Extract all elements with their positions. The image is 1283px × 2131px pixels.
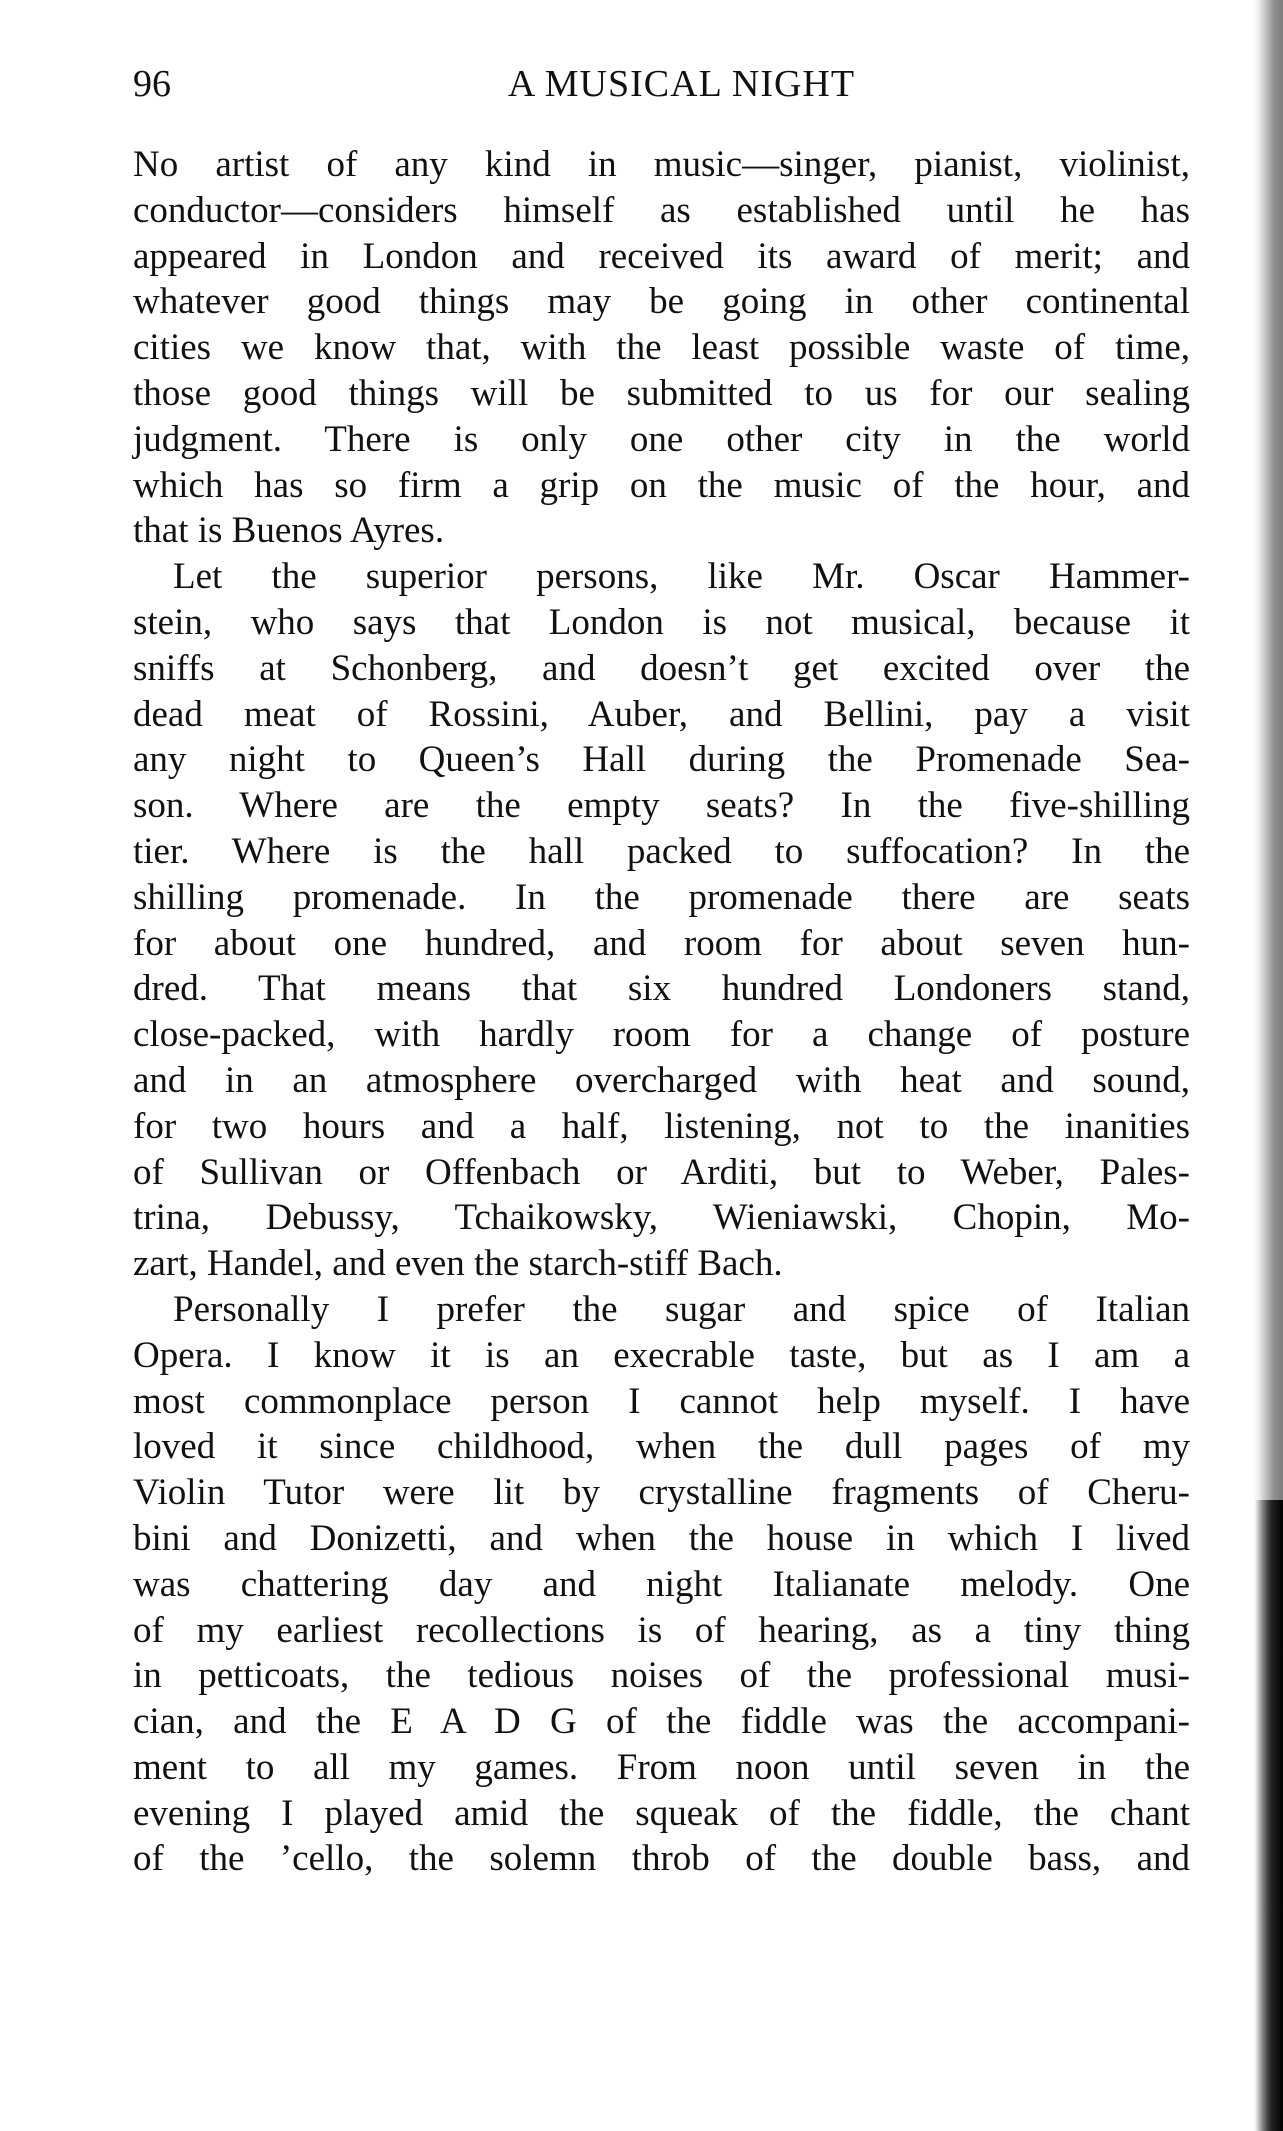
text-line: cities we know that, with the least poss…: [133, 325, 1190, 371]
text-line: for two hours and a half, listening, not…: [133, 1104, 1190, 1150]
text-line: Opera. I know it is an execrable taste, …: [133, 1333, 1190, 1379]
text-line: whatever good things may be going in oth…: [133, 279, 1190, 325]
text-line: stein, who says that London is not music…: [133, 600, 1190, 646]
text-line: No artist of any kind in music—singer, p…: [133, 142, 1190, 188]
text-line: zart, Handel, and even the starch-stiff …: [133, 1241, 1190, 1287]
text-line: cian, and the E A D G of the fiddle was …: [133, 1699, 1190, 1745]
text-line: close-packed, with hardly room for a cha…: [133, 1012, 1190, 1058]
text-line: son. Where are the empty seats? In the f…: [133, 783, 1190, 829]
text-line: tier. Where is the hall packed to suffoc…: [133, 829, 1190, 875]
text-line: in petticoats, the tedious noises of the…: [133, 1653, 1190, 1699]
text-line: dred. That means that six hundred London…: [133, 966, 1190, 1012]
text-line: of the ’cello, the solemn throb of the d…: [133, 1836, 1190, 1882]
text-line: of my earliest recollections is of heari…: [133, 1608, 1190, 1654]
scanned-page-edge-shadow: [1255, 1500, 1283, 2131]
text-line: bini and Donizetti, and when the house i…: [133, 1516, 1190, 1562]
text-line: which has so firm a grip on the music of…: [133, 463, 1190, 509]
text-line: appeared in London and received its awar…: [133, 234, 1190, 280]
text-line: of Sullivan or Offenbach or Arditi, but …: [133, 1150, 1190, 1196]
text-line: judgment. There is only one other city i…: [133, 417, 1190, 463]
text-line: conductor—considers himself as establish…: [133, 188, 1190, 234]
text-line: that is Buenos Ayres.: [133, 508, 1190, 554]
running-title: A MUSICAL NIGHT: [133, 62, 1190, 106]
text-line: most commonplace person I cannot help my…: [133, 1379, 1190, 1425]
text-line: trina, Debussy, Tchaikowsky, Wieniawski,…: [133, 1195, 1190, 1241]
text-line: and in an atmosphere overcharged with he…: [133, 1058, 1190, 1104]
text-line: Violin Tutor were lit by crystalline fra…: [133, 1470, 1190, 1516]
body-text: No artist of any kind in music—singer, p…: [133, 142, 1190, 1882]
text-line: Let the superior persons, like Mr. Oscar…: [133, 554, 1190, 600]
text-line: any night to Queen’s Hall during the Pro…: [133, 737, 1190, 783]
running-head: 96 A MUSICAL NIGHT: [133, 62, 1190, 112]
text-line: sniffs at Schonberg, and doesn’t get exc…: [133, 646, 1190, 692]
text-line: Personally I prefer the sugar and spice …: [133, 1287, 1190, 1333]
text-line: for about one hundred, and room for abou…: [133, 921, 1190, 967]
text-line: loved it since childhood, when the dull …: [133, 1424, 1190, 1470]
text-line: those good things will be submitted to u…: [133, 371, 1190, 417]
text-line: dead meat of Rossini, Auber, and Bellini…: [133, 692, 1190, 738]
text-line: shilling promenade. In the promenade the…: [133, 875, 1190, 921]
text-line: evening I played amid the squeak of the …: [133, 1791, 1190, 1837]
book-page: 96 A MUSICAL NIGHT No artist of any kind…: [0, 0, 1283, 2131]
text-line: ment to all my games. From noon until se…: [133, 1745, 1190, 1791]
text-line: was chattering day and night Italianate …: [133, 1562, 1190, 1608]
